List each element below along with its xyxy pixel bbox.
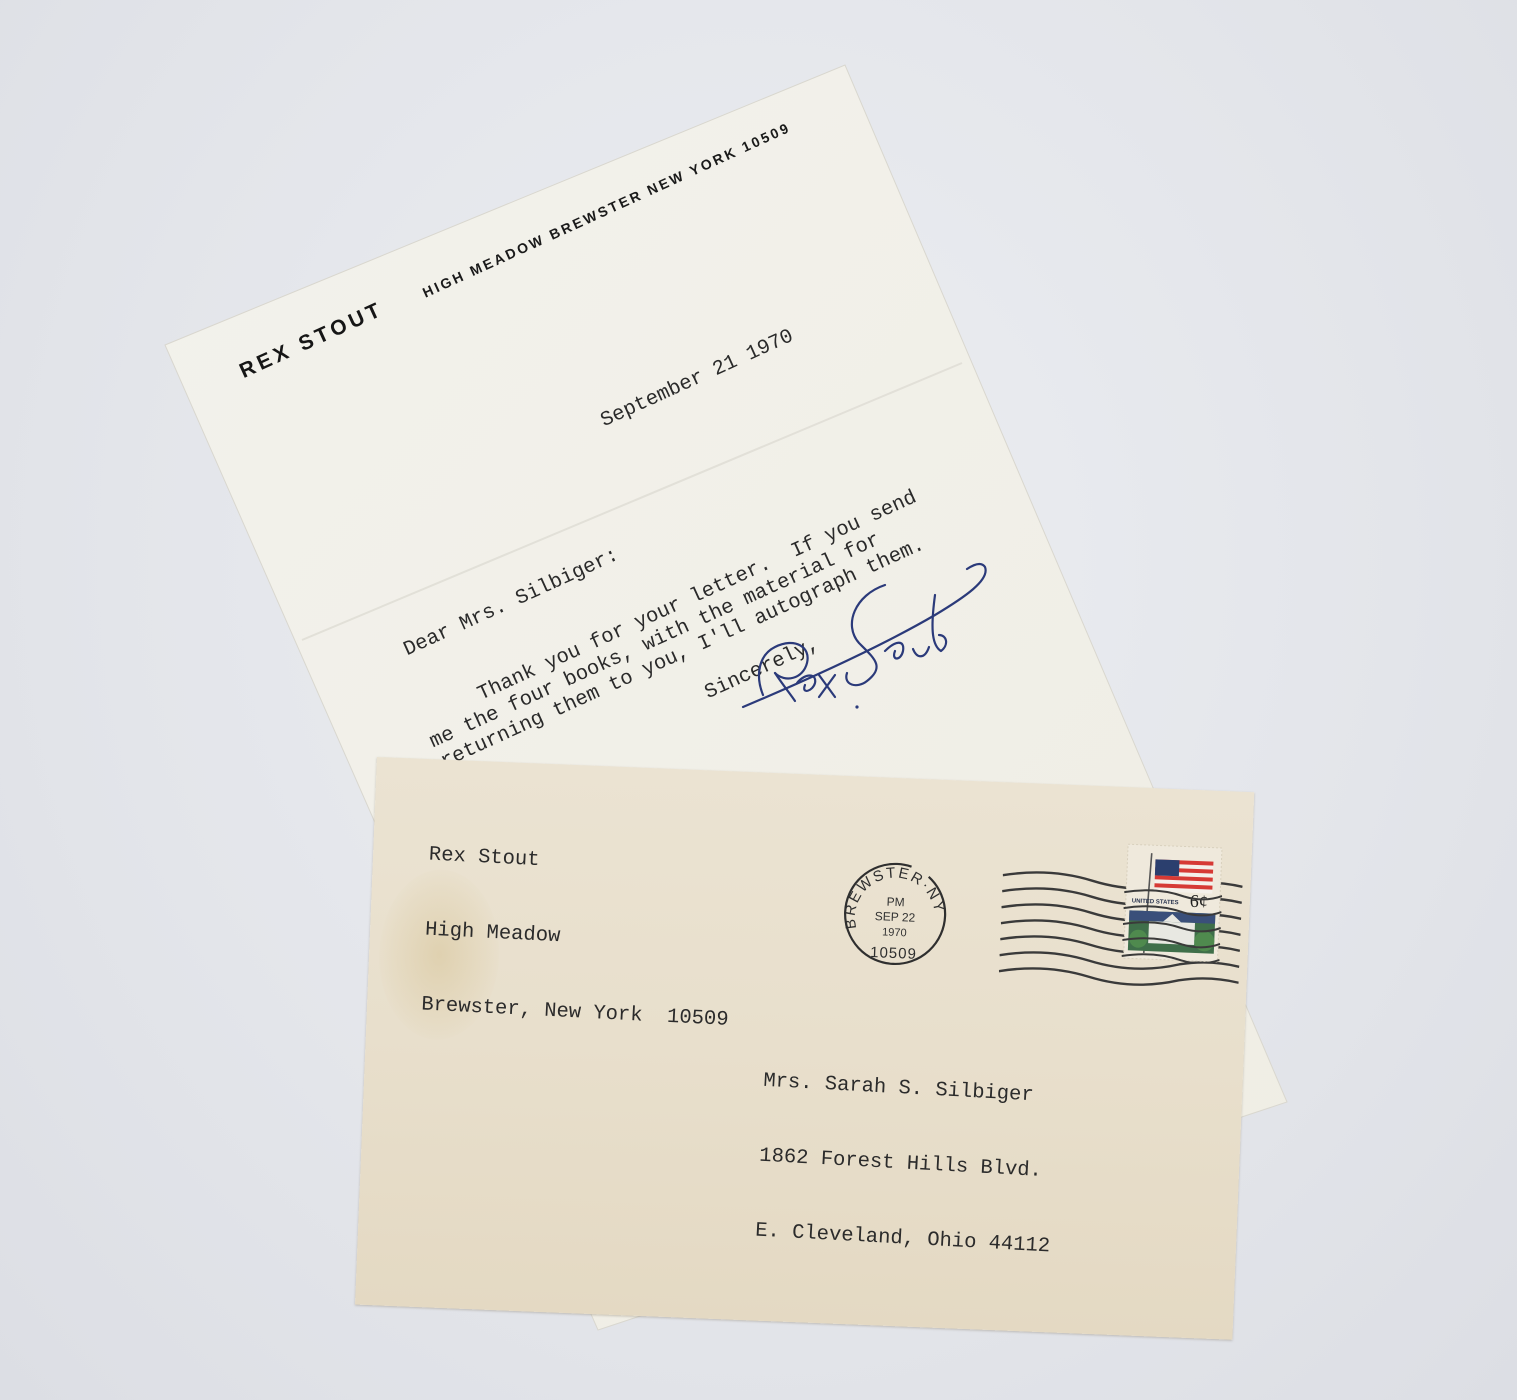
postmark-date: SEP 22 bbox=[874, 909, 915, 925]
return-address-line-3: Brewster, New York 10509 bbox=[421, 992, 729, 1033]
return-address-line-2: High Meadow bbox=[424, 917, 732, 958]
postmark-year: 1970 bbox=[882, 926, 907, 939]
recipient-line-3: E. Cleveland, Ohio 44112 bbox=[755, 1219, 1051, 1260]
postmark-time: PM bbox=[886, 895, 905, 910]
postmark-zip: 10509 bbox=[870, 944, 917, 963]
envelope: Rex Stout High Meadow Brewster, New York… bbox=[355, 757, 1254, 1340]
return-address-line-1: Rex Stout bbox=[428, 843, 736, 884]
flag-icon bbox=[1154, 859, 1213, 893]
postmark-cancel: BREWSTER·NY PM SEP 22 1970 10509 bbox=[837, 856, 953, 972]
postage-stamp: UNITED STATES 6¢ bbox=[1121, 842, 1224, 964]
recipient-line-2: 1862 Forest Hills Blvd. bbox=[759, 1144, 1055, 1185]
return-address: Rex Stout High Meadow Brewster, New York… bbox=[418, 793, 739, 1083]
photo-scene: REX STOUT HIGH MEADOW BREWSTER NEW YORK … bbox=[0, 0, 1517, 1400]
recipient-line-1: Mrs. Sarah S. Silbiger bbox=[763, 1069, 1059, 1110]
recipient-address: Mrs. Sarah S. Silbiger 1862 Forest Hills… bbox=[752, 1019, 1062, 1310]
stamp-denomination: 6¢ bbox=[1189, 891, 1208, 912]
